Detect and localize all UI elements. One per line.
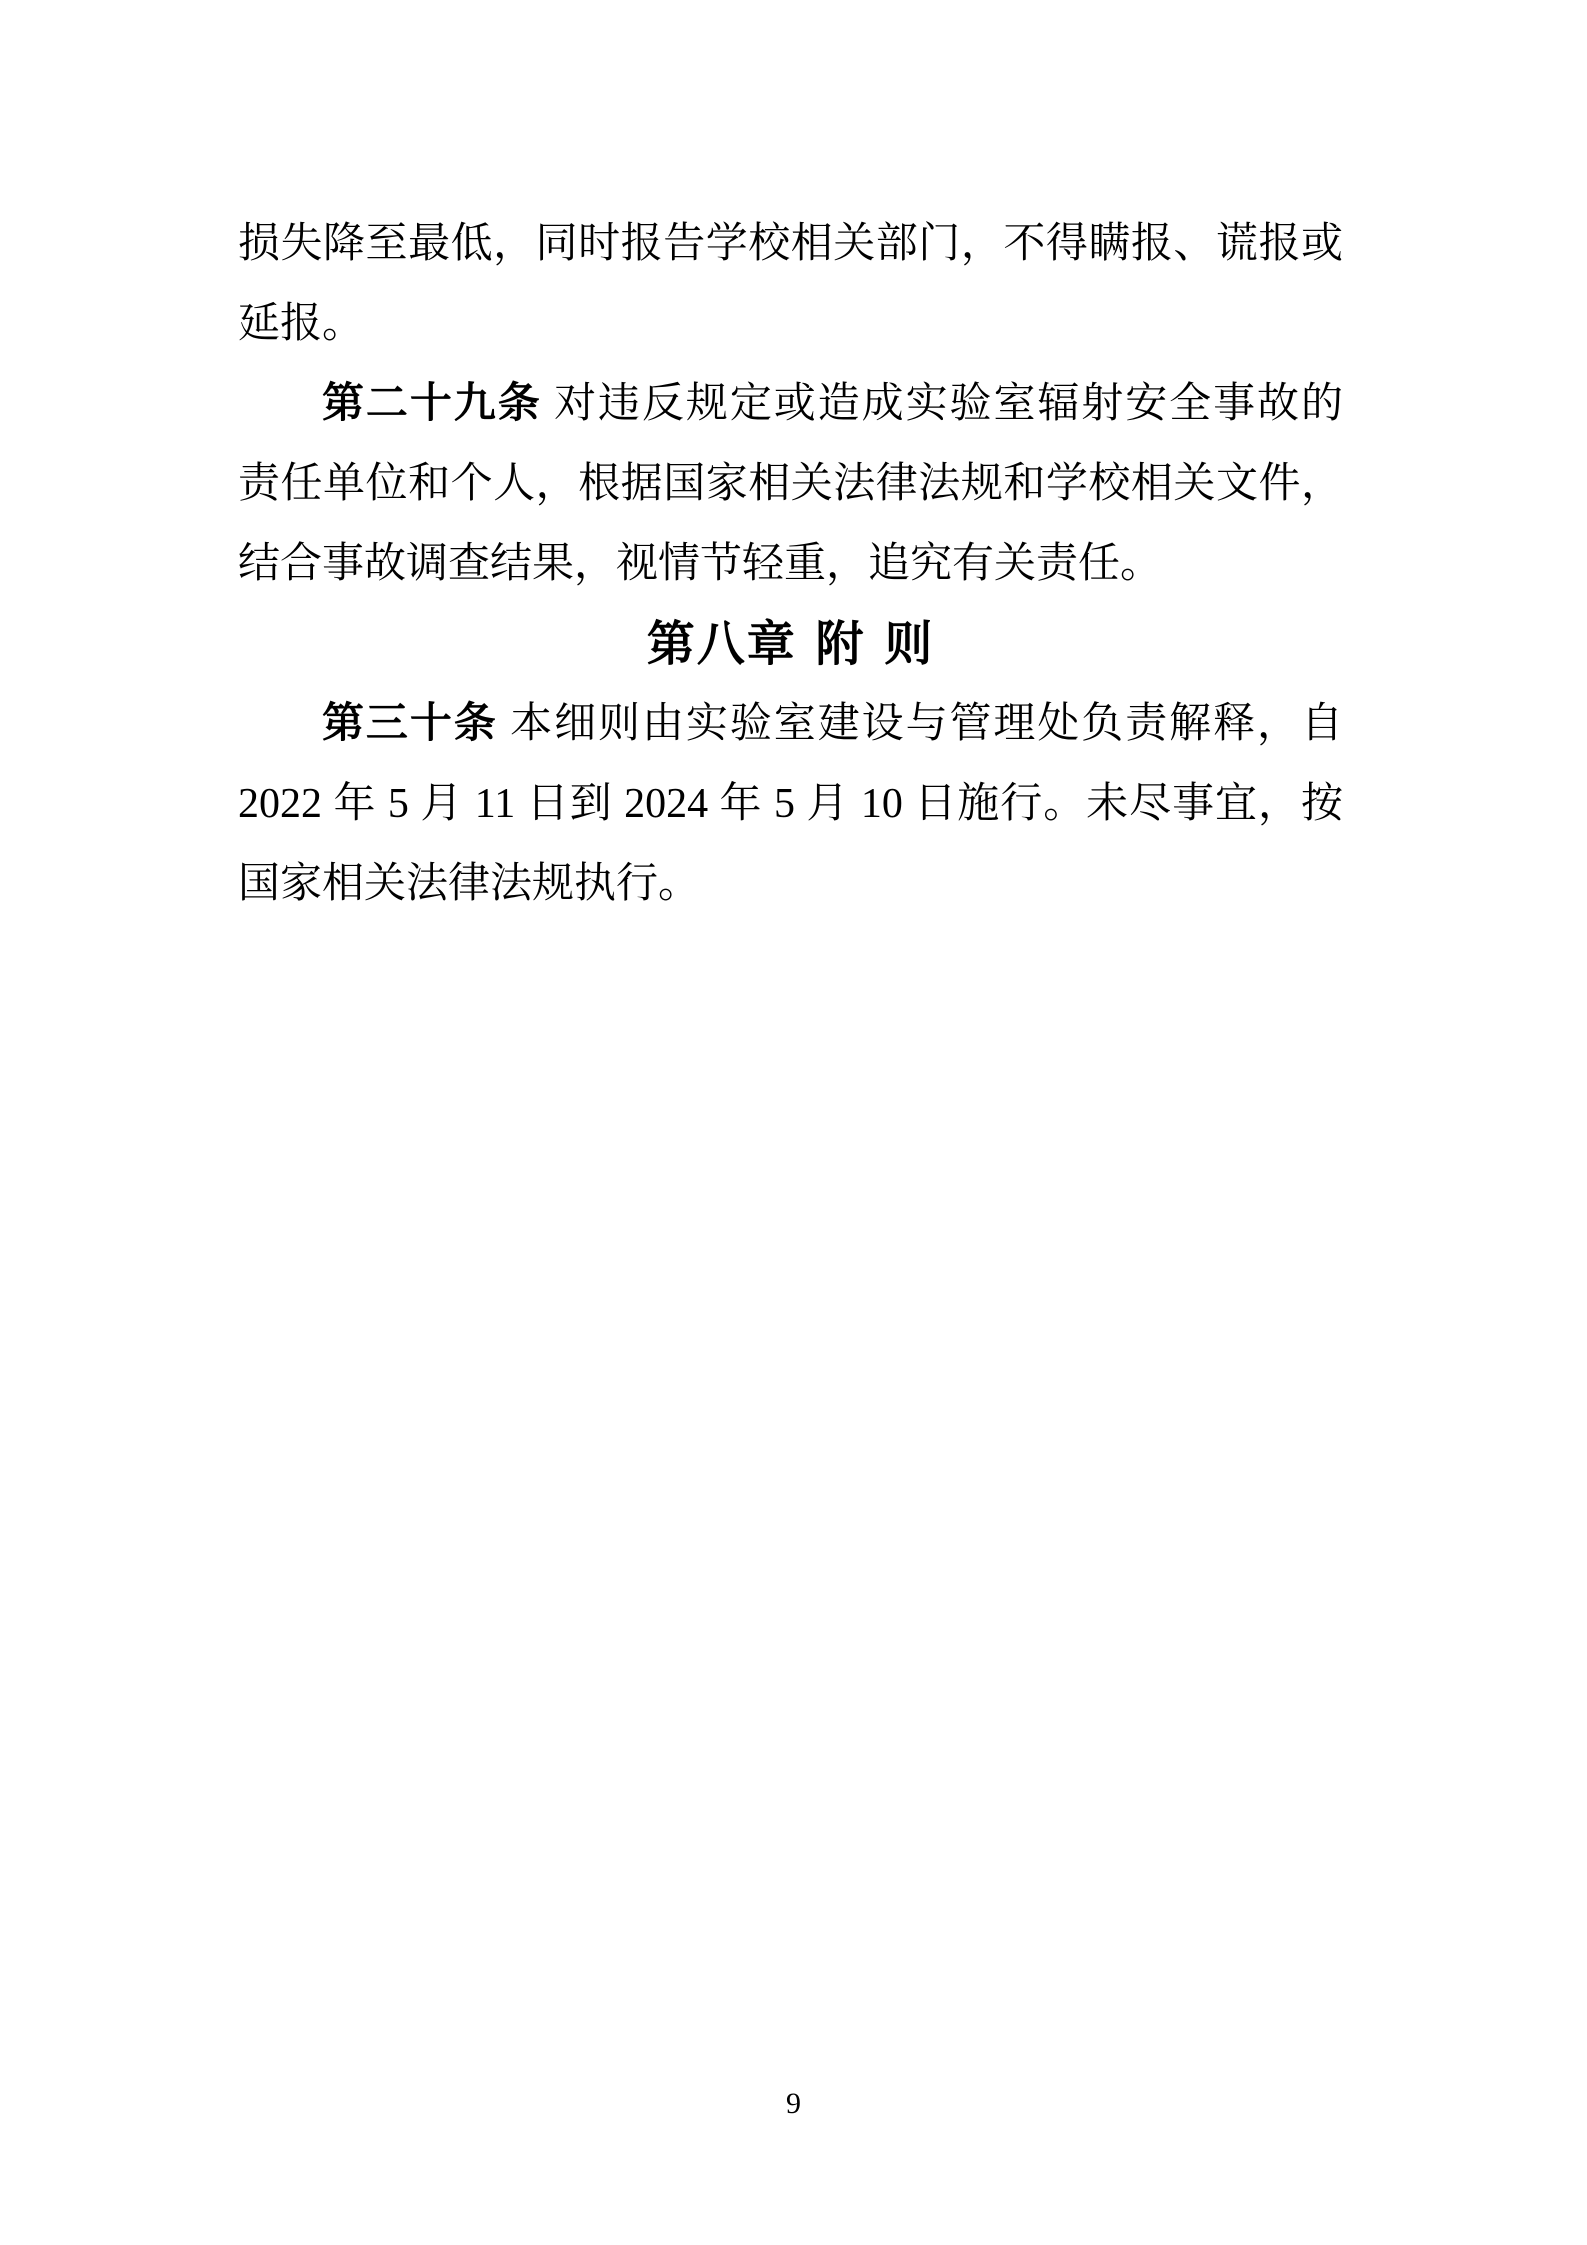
text-line: 损失降至最低，同时报告学校相关部门，不得瞒报、谎报或 bbox=[238, 204, 1343, 284]
text-line: 第二十九条 对违反规定或造成实验室辐射安全事故的 bbox=[238, 364, 1343, 444]
article-text: 对违反规定或造成实验室辐射安全事故的 bbox=[542, 381, 1343, 427]
page-number: 9 bbox=[0, 2086, 1587, 2122]
chapter-heading: 第八章 附 则 bbox=[238, 604, 1343, 684]
document-body: 损失降至最低，同时报告学校相关部门，不得瞒报、谎报或 延报。 第二十九条 对违反… bbox=[238, 204, 1343, 924]
article-number: 第三十条 bbox=[322, 701, 498, 747]
text-line: 延报。 bbox=[238, 284, 1343, 364]
document-page: 损失降至最低，同时报告学校相关部门，不得瞒报、谎报或 延报。 第二十九条 对违反… bbox=[0, 0, 1587, 2245]
text-line: 2022 年 5 月 11 日到 2024 年 5 月 10 日施行。未尽事宜，… bbox=[238, 764, 1343, 844]
text-line: 第三十条 本细则由实验室建设与管理处负责解释，自 bbox=[238, 684, 1343, 764]
text-line: 国家相关法律法规执行。 bbox=[238, 844, 1343, 924]
text-line: 结合事故调查结果，视情节轻重，追究有关责任。 bbox=[238, 524, 1343, 604]
text-line: 责任单位和个人，根据国家相关法律法规和学校相关文件， bbox=[238, 444, 1343, 524]
article-number: 第二十九条 bbox=[322, 381, 542, 427]
article-text: 本细则由实验室建设与管理处负责解释，自 bbox=[498, 701, 1343, 747]
